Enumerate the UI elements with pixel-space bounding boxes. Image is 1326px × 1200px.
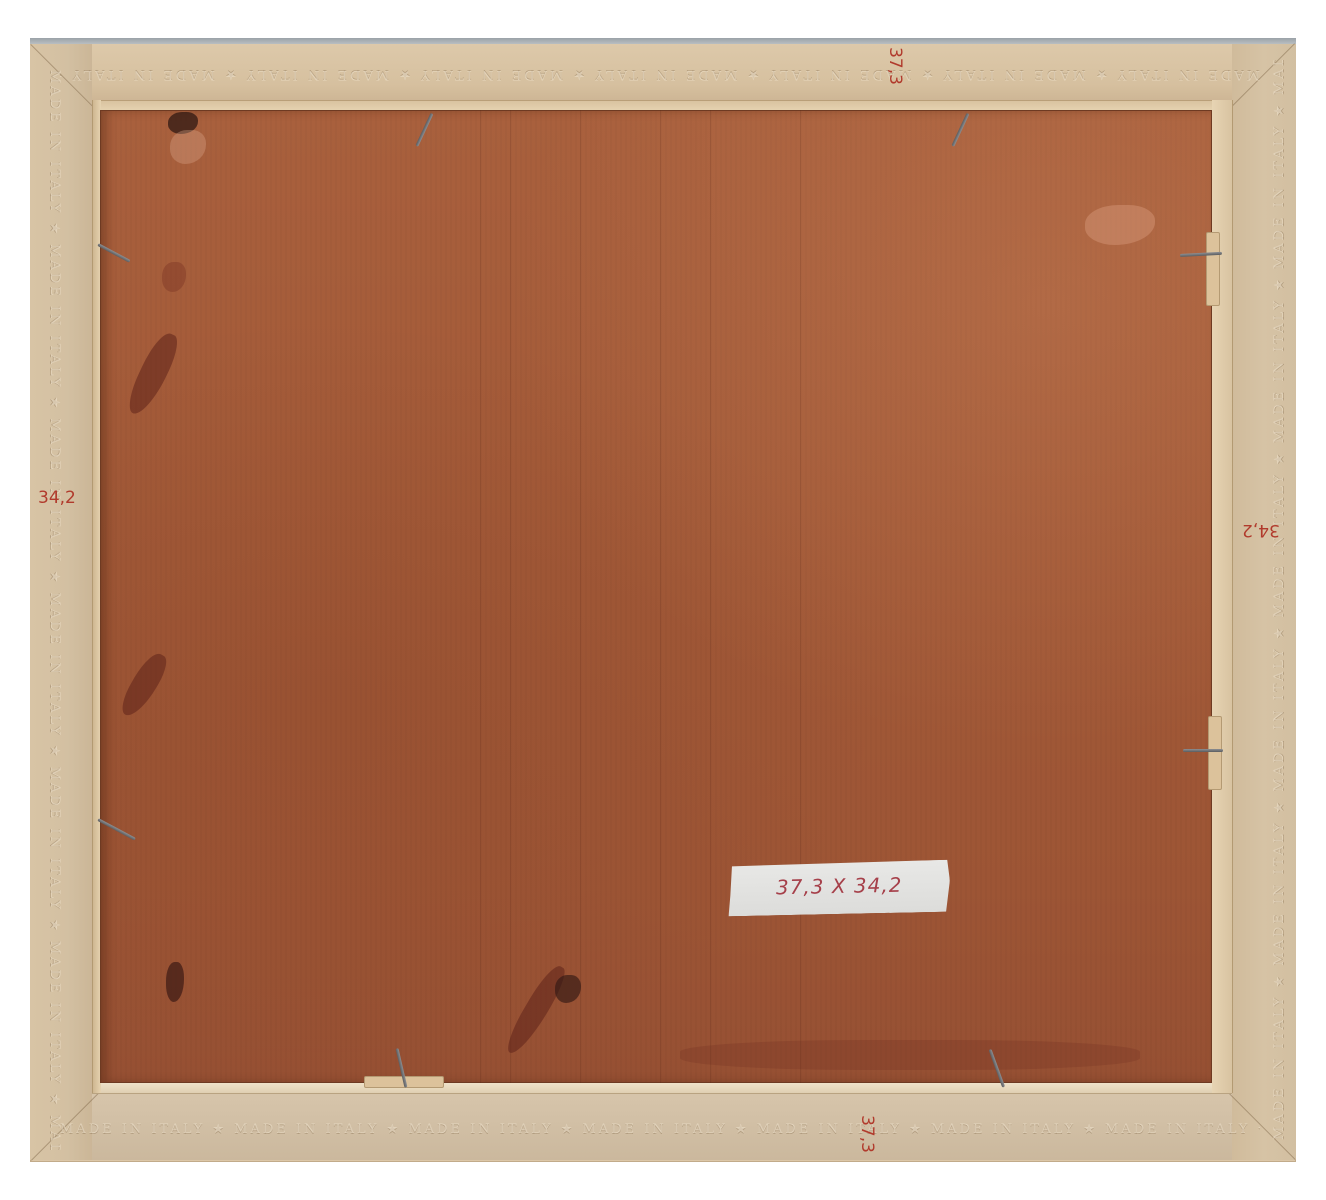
tape-dimension-text: 37,3 X 34,2 <box>776 873 903 900</box>
embossed-text-top: MADE IN ITALY ★ MADE IN ITALY ★ MADE IN … <box>60 67 1260 82</box>
clip-right-lower <box>1208 716 1222 790</box>
masking-tape-label: 37,3 X 34,2 <box>727 860 950 917</box>
backing-board <box>100 110 1212 1083</box>
mark-top: 37,3 <box>885 47 905 85</box>
rebate-lip-bottom <box>92 1083 1232 1094</box>
embossed-text-right: MADE IN ITALY ★ MADE IN ITALY ★ MADE IN … <box>1272 60 1287 1140</box>
clip-right-upper <box>1206 232 1220 306</box>
embossed-text-bottom: MADE IN ITALY ★ MADE IN ITALY ★ MADE IN … <box>60 1122 1260 1137</box>
nail-right-lower <box>1183 749 1223 752</box>
stain-bottom-right <box>680 1040 1140 1070</box>
mark-left: 34,2 <box>38 488 76 508</box>
embossed-text-left: MADE IN ITALY ★ MADE IN ITALY ★ MADE IN … <box>47 70 62 1150</box>
mark-bottom: 37,3 <box>857 1115 877 1153</box>
mark-right: 34,2 <box>1242 520 1280 540</box>
